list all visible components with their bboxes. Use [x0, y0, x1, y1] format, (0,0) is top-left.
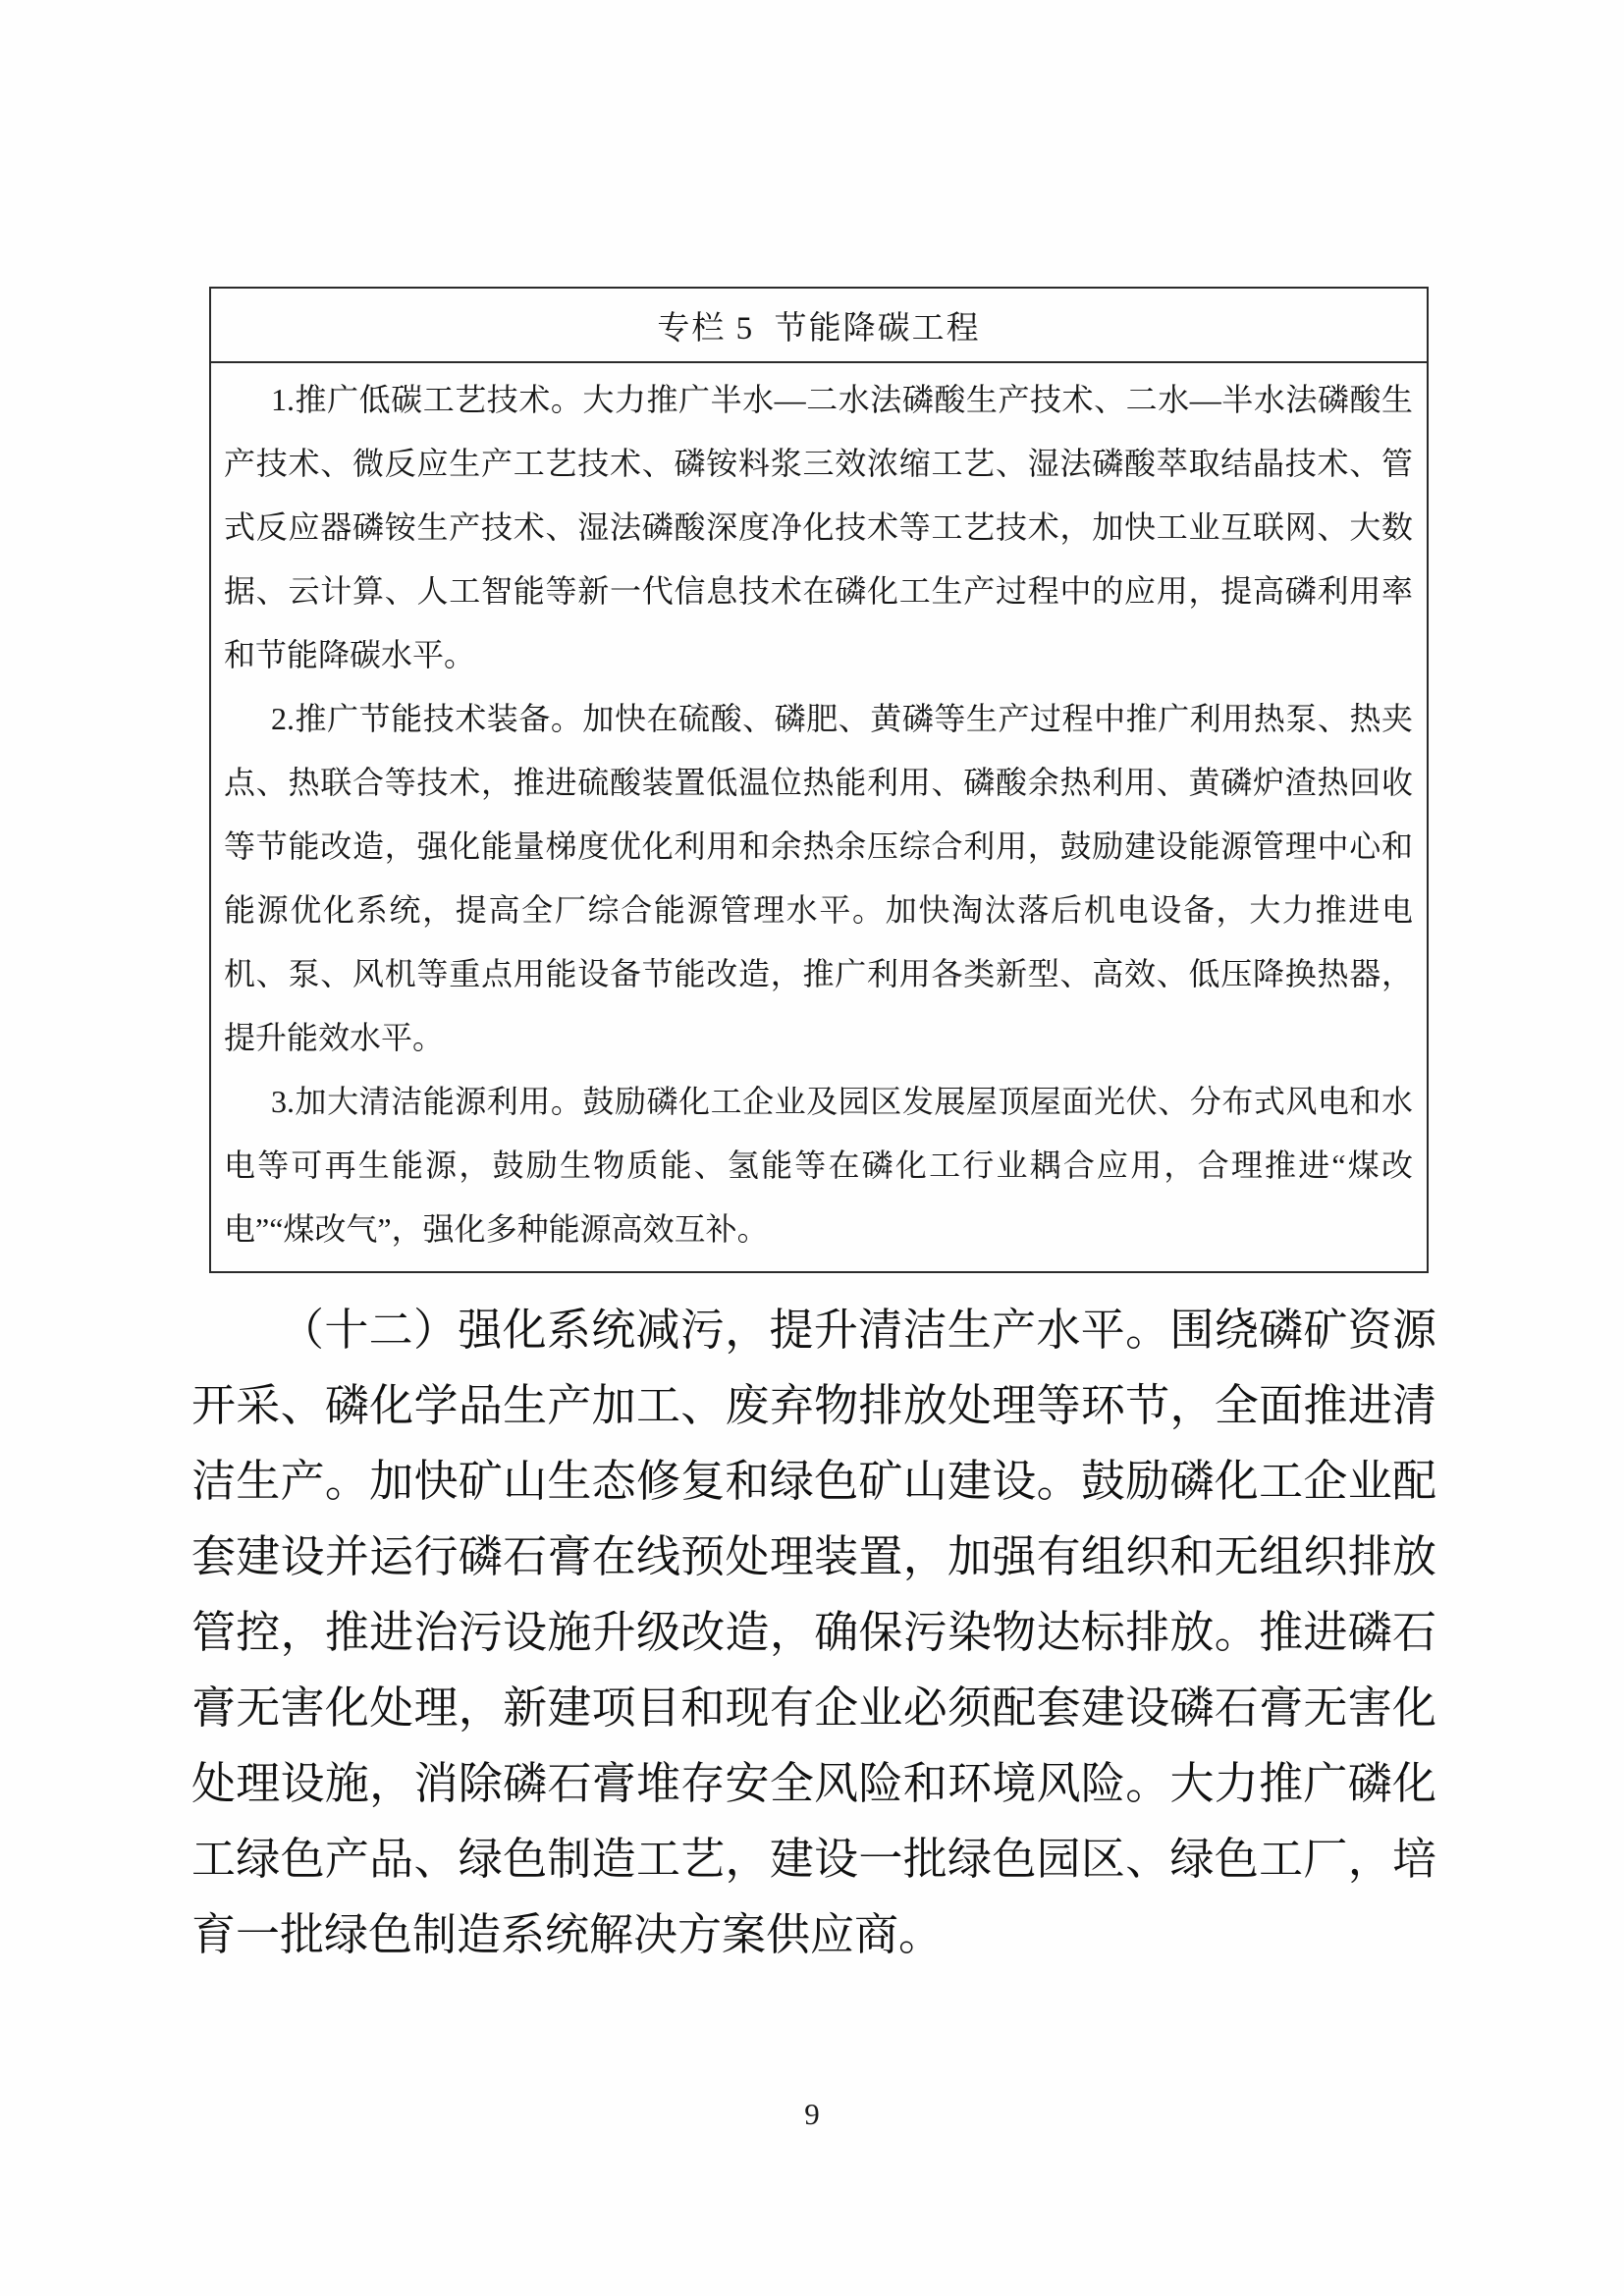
document-page: 专栏 5 节能降碳工程 1.推广低碳工艺技术。大力推广半水—二水法磷酸生产技术、… [0, 0, 1624, 2296]
body-paragraph: （十二）强化系统减污，提升清洁生产水平。围绕磷矿资源开采、磷化学品生产加工、废弃… [191, 1293, 1436, 1973]
box-paragraph-3: 3.加大清洁能源利用。鼓励磷化工企业及园区发展屋顶屋面光伏、分布式风电和水电等可… [224, 1070, 1413, 1261]
callout-box-title: 专栏 5 节能降碳工程 [657, 302, 980, 348]
box-paragraph-1: 1.推广低碳工艺技术。大力推广半水—二水法磷酸生产技术、二水—半水法磷酸生产技术… [224, 368, 1413, 687]
callout-box-header: 专栏 5 节能降碳工程 [211, 289, 1427, 363]
page-number: 9 [0, 2097, 1624, 2132]
box-paragraph-2: 2.推广节能技术装备。加快在硫酸、磷肥、黄磷等生产过程中推广利用热泵、热夹点、热… [224, 687, 1413, 1070]
callout-box-body: 1.推广低碳工艺技术。大力推广半水—二水法磷酸生产技术、二水—半水法磷酸生产技术… [211, 363, 1427, 1271]
callout-box: 专栏 5 节能降碳工程 1.推广低碳工艺技术。大力推广半水—二水法磷酸生产技术、… [209, 287, 1429, 1273]
